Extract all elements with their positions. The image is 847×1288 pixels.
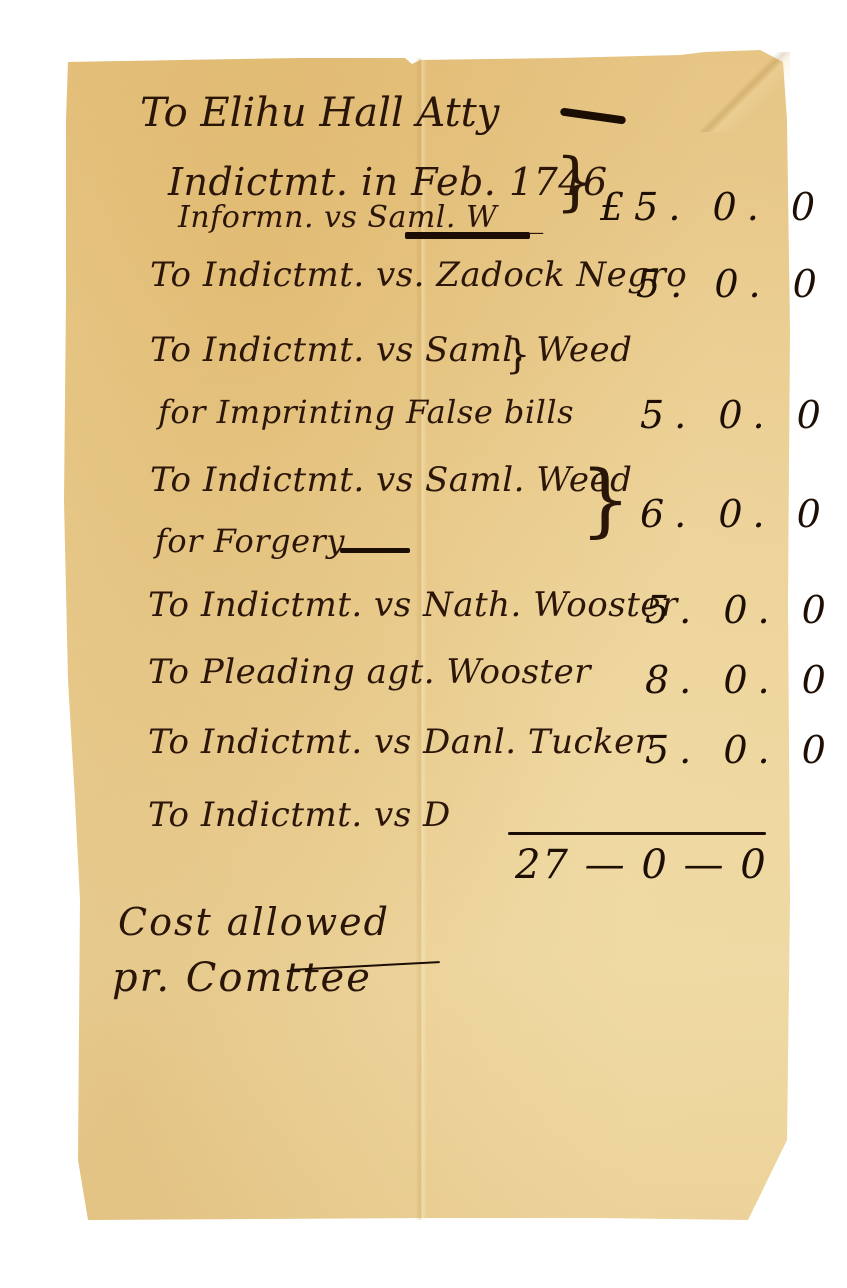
entry-6-amount: 8. 0. 0 xyxy=(645,658,836,702)
entry-7-line-1: To Indictmt. vs Danl. Tucker xyxy=(148,722,651,762)
entry-6-line-1: To Pleading agt. Wooster xyxy=(148,652,591,692)
entry-3-line-1: To Indictmt. vs Saml. Weed xyxy=(150,330,632,370)
entry-4-line-2: for Forgery xyxy=(155,522,345,560)
entry-5-amount: 5. 0. 0 xyxy=(645,588,836,632)
entry-1-line-1: Indictmt. in Feb. 1746 xyxy=(168,160,608,204)
total-amount: 27 — 0 — 0 xyxy=(515,842,768,888)
entry-3-line-2: for Imprinting False bills xyxy=(158,393,574,431)
entry-1-bracket: } xyxy=(555,150,596,214)
footer-line-2: pr. Comttee xyxy=(112,955,372,1001)
footer-line-1: Cost allowed xyxy=(118,900,390,944)
entry-1-line-2: Informn. vs Saml. W___ xyxy=(178,200,544,235)
entry-1-amount: £5. 0. 0 xyxy=(600,185,825,229)
entry-8-line-1: To Indictmt. vs D xyxy=(148,795,451,835)
entry-3-amount: 5. 0. 0 xyxy=(640,393,831,437)
entry-4-bracket: } xyxy=(580,460,631,540)
entry-3-bracket: } xyxy=(505,335,530,375)
entry-4-line-1: To Indictmt. vs Saml. Weed xyxy=(150,460,632,500)
entry-1-strike xyxy=(405,232,530,239)
total-rule xyxy=(508,832,766,835)
paper-corner-crease xyxy=(700,52,790,132)
entry-2-amount: 5. 0. 0 xyxy=(636,262,827,306)
entry-4-amount: 6. 0. 0 xyxy=(640,492,831,536)
entry-4-dash xyxy=(340,548,410,553)
entry-7-amount: 5. 0. 0 xyxy=(645,728,836,772)
entry-2-line-1: To Indictmt. vs. Zadock Negro xyxy=(150,255,687,295)
document-heading: To Elihu Hall Atty xyxy=(140,90,499,136)
entry-5-line-1: To Indictmt. vs Nath. Wooster xyxy=(148,585,678,625)
